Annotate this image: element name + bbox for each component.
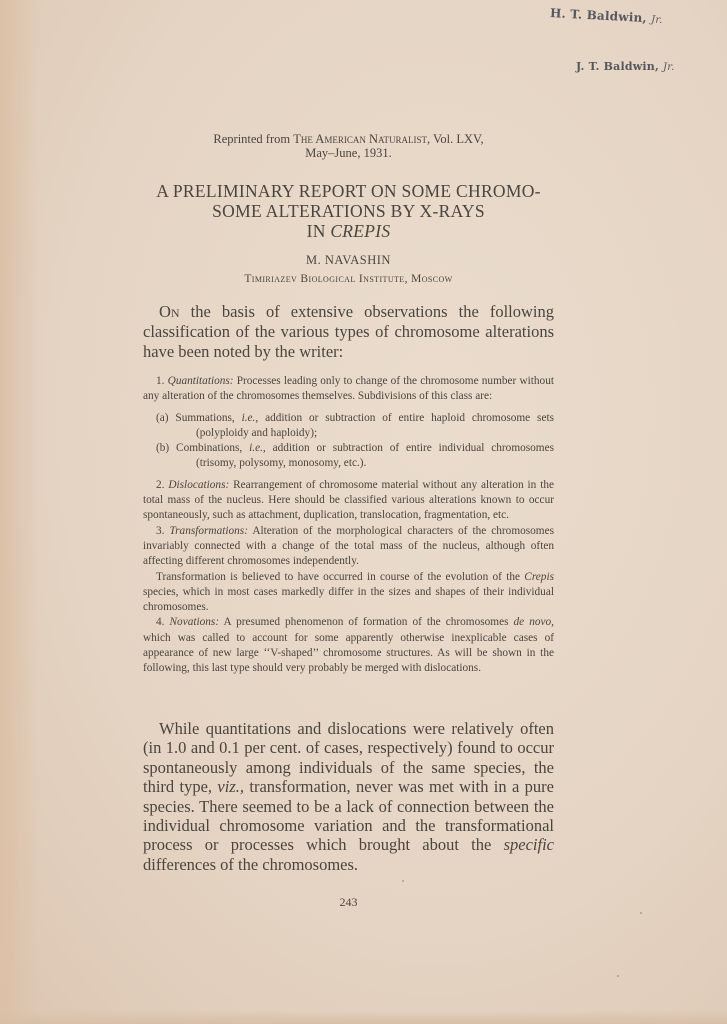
transformation-note: Transformation is believed to have occur… [143,570,554,616]
drop-word: On [159,302,180,321]
paper-speck [617,975,619,977]
item-term: Transformations: [169,525,247,537]
closing-paragraph: While quantitations and dislocations wer… [143,719,554,874]
item-term: Dislocations: [168,479,229,491]
intro-paragraph: On the basis of extensive observations t… [143,302,554,362]
title-prefix: IN [307,221,331,241]
genus-name: Crepis [524,571,554,583]
article-title: A PRELIMINARY REPORT ON SOME CHROMO- SOM… [143,181,554,241]
ie-abbrev: i.e., [249,442,266,454]
author: M. NAVASHIN [143,253,554,268]
title-line-2: SOME ALTERATIONS BY X-RAYS [143,201,554,221]
item-dislocations: 2. Dislocations: Rearrangement of chromo… [143,478,554,524]
paper-speck [402,880,404,882]
item-number: 3. [156,525,169,537]
ie-abbrev: i.e., [242,412,259,424]
item-transformations: 3. Transformations: Alteration of the mo… [143,524,554,570]
item-text: which was called to account for some app… [143,632,554,675]
sub-label: (a) [156,412,175,424]
genus-name: CREPIS [330,221,390,241]
title-line-1: A PRELIMINARY REPORT ON SOME CHROMO- [143,181,554,201]
institution: Timiriazev Biological Institute, Moscow [143,273,554,285]
title-line-3: IN CREPIS [143,221,554,241]
reprint-date: May–June, 1931. [143,146,554,160]
subitem-summations: (a) Summations, i.e., addition or subtra… [143,411,554,442]
scanned-page: H. T. Baldwin, Jr. J. T. Baldwin, Jr. Re… [0,0,727,1024]
emphasis: specific [504,835,554,854]
reprint-prefix: Reprinted from [213,132,293,146]
item-term: Novations: [170,616,220,628]
note-text: Transformation is believed to have occur… [156,571,524,583]
stamp-name: H. T. Baldwin, [550,6,647,25]
subitem-combinations: (b) Combinations, i.e., addition or subt… [143,441,554,472]
owner-stamp-second: J. T. Baldwin, Jr. [576,60,675,73]
stamp-suffix: Jr. [651,14,663,26]
sub-term: Combinations, [176,442,249,454]
owner-stamp-top: H. T. Baldwin, Jr. [550,6,663,26]
closing-text: differences of the chromosomes. [143,855,358,874]
item-number: 4. [156,616,170,628]
sub-term: Summations, [175,412,241,424]
stamp-name: J. T. Baldwin, [576,60,659,73]
item-novations: 4. Novations: A presumed phenomenon of f… [143,615,554,676]
item-text: A presumed phenomenon of formation of th… [219,616,513,628]
intro-text: the basis of extensive observations the … [143,302,554,361]
classification-list: 1. Quantitations: Processes leading only… [143,374,554,677]
journal-name: The American Naturalist [293,132,427,146]
viz-abbrev: viz., [217,777,244,796]
item-quantitations: 1. Quantitations: Processes leading only… [143,374,554,405]
paper-speck [640,912,642,914]
page-number: 243 [143,895,554,910]
sub-label: (b) [156,442,176,454]
reprint-notice: Reprinted from The American Naturalist, … [143,132,554,160]
volume: , Vol. LXV, [427,132,484,146]
note-text: species, which in most cases markedly di… [143,586,554,613]
item-number: 1. [156,375,168,387]
item-number: 2. [156,479,168,491]
stamp-suffix: Jr. [663,62,674,73]
de-novo: de novo, [514,616,554,628]
item-term: Quantitations: [168,375,234,387]
reprint-line-1: Reprinted from The American Naturalist, … [143,132,554,146]
